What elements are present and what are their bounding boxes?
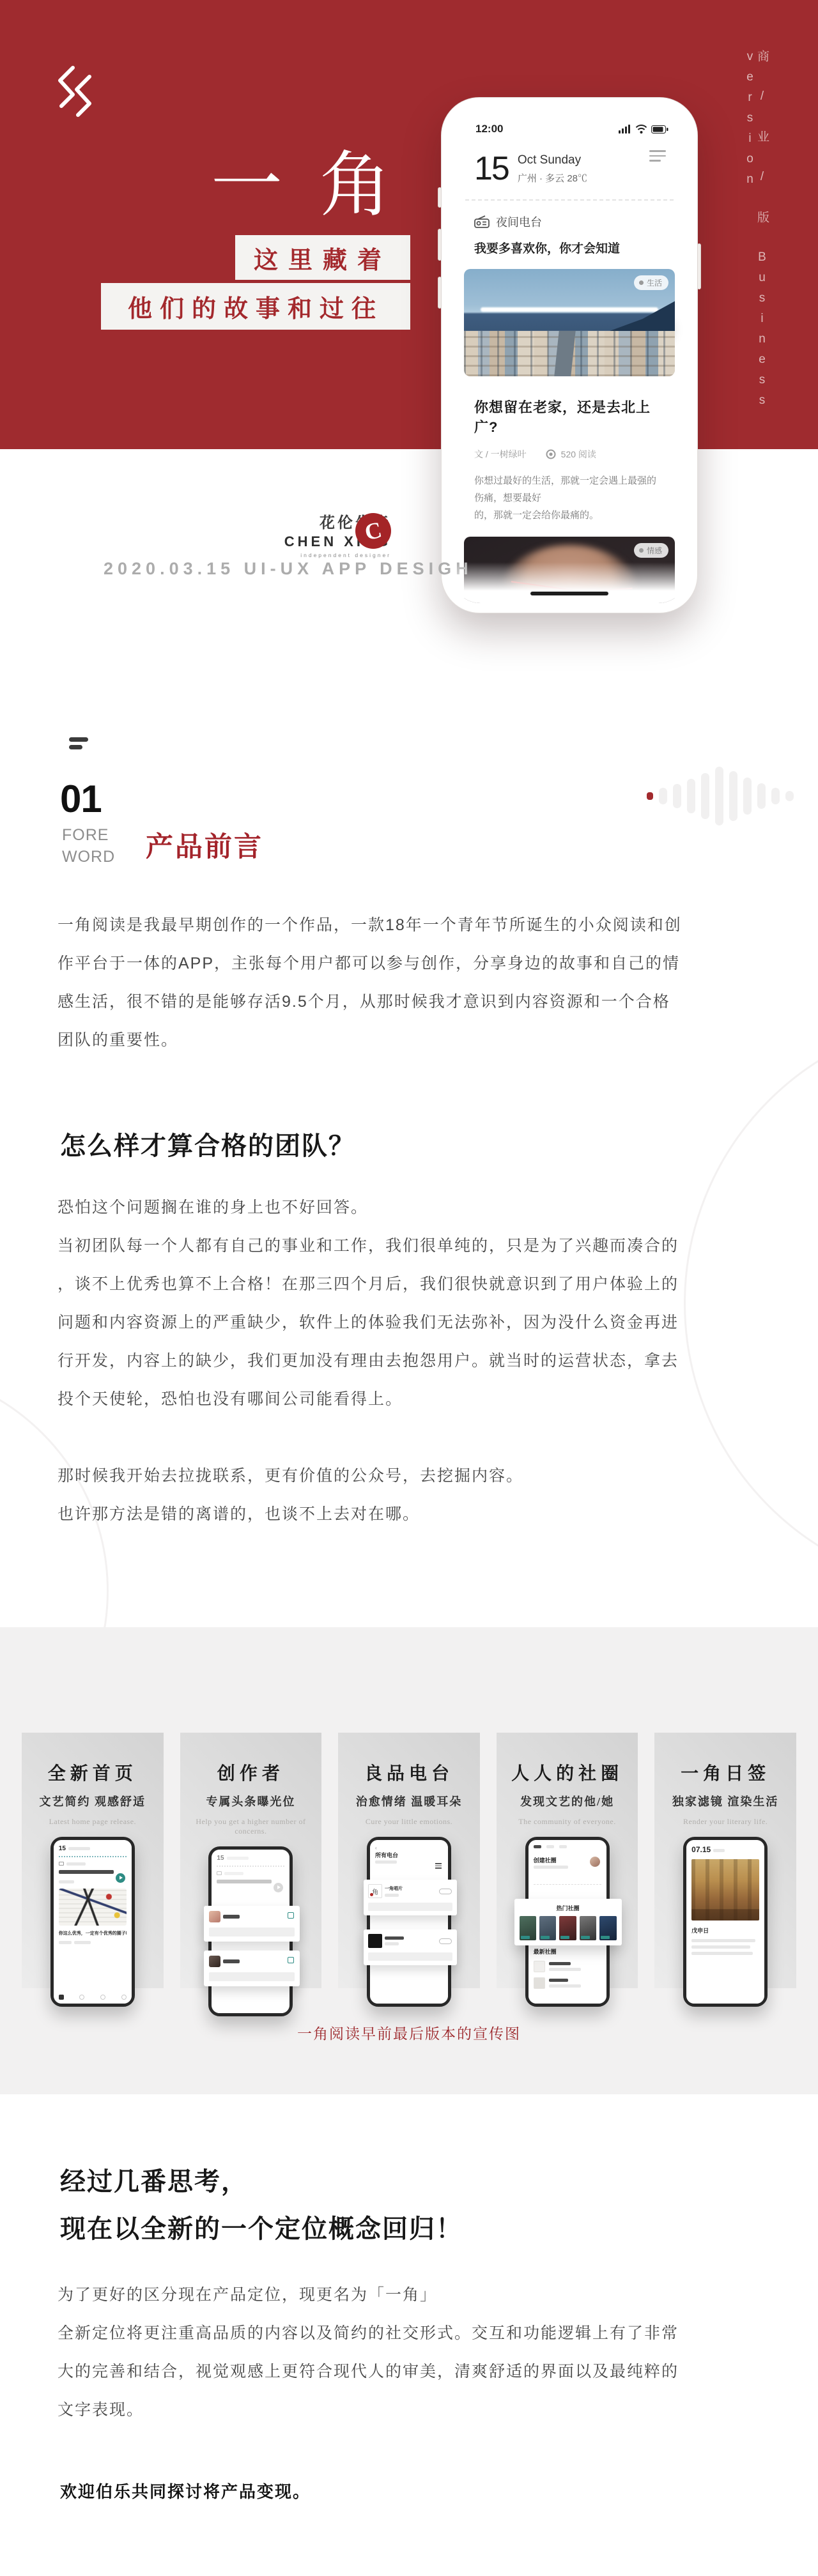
community-cover[interactable]: [599, 1916, 616, 1940]
panel-title: 良品电台: [338, 1759, 480, 1785]
daily-photo: [691, 1859, 759, 1920]
panel-caption-en: Latest home page release.: [22, 1817, 164, 1827]
community-cover[interactable]: [559, 1916, 576, 1940]
play-icon[interactable]: [116, 1873, 125, 1883]
avatar: [209, 1911, 220, 1922]
panel-caption-en: The community of everyone.: [497, 1817, 638, 1827]
team-paragraph-2: 那时候我开始去拉拢联系，更有价值的公众号，去挖掘内容。 也许那方法是错的离谱的，…: [58, 1457, 523, 1533]
hero-title: 一角: [211, 128, 428, 231]
battery-icon: [651, 125, 668, 134]
article1-author: 文 / 一树绿叶: [474, 448, 527, 461]
mockup-panel-daily: 一角日签 独家滤镜 渲染生活 Render your literary life…: [654, 1733, 796, 1988]
avatar: [209, 1956, 220, 1967]
gallery-caption: 一角阅读早前最后版本的宣传图: [0, 2022, 818, 2043]
project-date-line: 2020.03.15 UI-UX APP DESIGH: [104, 559, 473, 579]
repost-icon[interactable]: [288, 1957, 294, 1963]
radio-icon: [474, 215, 490, 228]
phone-side-button: [438, 229, 442, 261]
signal-icon: [619, 125, 631, 134]
date-weather-row: 15 Oct Sunday 广州 · 多云 28℃: [451, 135, 688, 185]
hero-subtitle-line1: 这里藏着: [235, 235, 410, 280]
finale-heading: 经过几番思考， 现在以全新的一个定位概念回归！: [60, 2158, 463, 2253]
panel-subtitle: 发现文艺的他/她: [497, 1793, 638, 1809]
menu-icon[interactable]: [435, 1862, 442, 1870]
finale-bold-line: 欢迎伯乐共同探讨将产品变现。: [60, 2479, 311, 2503]
album-thumb: [368, 1934, 382, 1948]
mini-nav-bar: [59, 1995, 127, 2000]
status-time: 12:00: [475, 123, 503, 135]
squiggle-icon: [54, 64, 100, 118]
follow-pill[interactable]: [439, 1889, 452, 1894]
mini-article-title: 你这么优秀，一定有个优秀的圈子吧?: [59, 1930, 127, 1936]
hot-communities-panel: 热门社圈: [514, 1899, 622, 1945]
section-word-label: FORE WORD: [62, 824, 115, 868]
repost-icon[interactable]: [288, 1912, 294, 1919]
panel-title: 人人的社圈: [497, 1759, 638, 1785]
panel-subtitle: 文艺简约 观感舒适: [22, 1793, 164, 1809]
mini-phone-daily: 07.15 戊申日: [683, 1837, 768, 2007]
mini-header: 所有电台: [375, 1851, 443, 1859]
mockup-panel-community: 人人的社圈 发现文艺的他/她 The community of everyone…: [497, 1733, 638, 1988]
phone-side-button: [438, 187, 442, 208]
mini-phone-radio: ‹ 所有电台 角 一角唱片: [367, 1837, 451, 2007]
views-icon: [546, 449, 556, 459]
section-number: 01: [60, 777, 102, 821]
red-dot: [647, 792, 653, 800]
wifi-icon: [635, 125, 647, 134]
brand-name-en: CHEN XING: [0, 533, 391, 550]
status-icons: [619, 125, 668, 134]
panel-title: 一角日签: [654, 1759, 796, 1785]
category-badge: 生活: [634, 275, 668, 290]
follow-pill[interactable]: [439, 1938, 452, 1944]
phone-side-button: [438, 277, 442, 309]
mini-subheader: 最新社圈: [534, 1947, 601, 1956]
community-cover[interactable]: [580, 1916, 596, 1940]
panel-caption-en: Render your literary life.: [654, 1817, 796, 1827]
radio-card: 角 一角唱片: [364, 1880, 457, 1915]
vertical-edition-label: 商 / 业 / 版 Business version: [744, 50, 768, 449]
mockup-panel-creator: 创作者 专属头条曝光位 Help you get a higher number…: [180, 1733, 322, 1988]
mockup-panel-home: 全新首页 文艺简约 观感舒适 Latest home page release.…: [22, 1733, 164, 1988]
radio-tag: 夜间电台: [496, 213, 542, 230]
radio-title: 我要多喜欢你，你才会知道: [451, 230, 688, 256]
panel-title: 创作者: [180, 1759, 322, 1785]
article1-title[interactable]: 你想留在老家，还是去北上广?: [451, 376, 688, 436]
panel-caption-en: Cure your little emotions.: [338, 1817, 480, 1827]
hero-phone-mockup: 12:00 15 Oct Sunday 广州 · 多云 28℃ 夜间电台: [441, 97, 698, 613]
daily-day-label: 戊申日: [691, 1926, 759, 1935]
weather-label: 广州 · 多云 28℃: [518, 171, 587, 185]
phone-screen: 12:00 15 Oct Sunday 广州 · 多云 28℃ 夜间电台: [451, 107, 688, 603]
hero-subtitle-line2: 他们的故事和过往: [101, 283, 410, 330]
mini-phone-home: 15 你这么优秀，一定有个优秀的圈子吧?: [50, 1837, 135, 2007]
panel-caption-en: Help you get a higher number of concerns…: [180, 1817, 322, 1836]
creator-card: [204, 1951, 300, 1986]
gallery-section: 全新首页 文艺简约 观感舒适 Latest home page release.…: [0, 1627, 818, 2094]
radio-name: 一角唱片: [385, 1885, 403, 1892]
date-day: 15: [474, 152, 509, 185]
date-label: Oct Sunday: [518, 153, 587, 167]
finale-paragraph: 为了更好的区分现在产品定位，现更名为「一角」 全新定位将更注重高品质的内容以及简…: [58, 2276, 679, 2429]
article1-cover-image[interactable]: 生活: [464, 269, 675, 376]
graffiti-image: [59, 1889, 127, 1926]
foreword-paragraph: 一角阅读是我最早期创作的一个作品，一款18年一个青年节所诞生的小众阅读和创 作平…: [58, 906, 682, 1059]
article1-meta: 文 / 一树绿叶 520 阅读: [451, 436, 688, 461]
poster-page: 商 / 业 / 版 Business version 一角 这里藏着 他们的故事…: [0, 0, 818, 2576]
phone-side-button: [697, 243, 701, 289]
brand-subtitle: independent designer: [0, 552, 391, 558]
circle-decoration: [684, 1016, 818, 1591]
radio-icon: [59, 1862, 64, 1866]
mini-phone-community: 创建社圈 最新社圈 热门社圈: [525, 1837, 610, 2007]
panel-subtitle: 独家滤镜 渲染生活: [654, 1793, 796, 1809]
status-bar: 12:00: [451, 107, 688, 135]
community-cover[interactable]: [539, 1916, 556, 1940]
radio-card: [364, 1929, 457, 1965]
mini-subheader: 热门社圈: [520, 1904, 617, 1912]
foreword-title: 产品前言: [146, 825, 263, 864]
team-paragraph-1: 恐怕这个问题搁在谁的身上也不好回答。 当初团队每一个人都有自己的事业和工作，我们…: [58, 1188, 679, 1418]
creator-card: [204, 1906, 300, 1942]
panel-subtitle: 治愈情绪 温暖耳朵: [338, 1793, 480, 1809]
designer-logo-text: 花伦先森 CHEN XING independent designer: [0, 510, 391, 558]
night-radio-row: 夜间电台: [451, 201, 688, 230]
menu-icon[interactable]: [649, 147, 666, 165]
home-indicator[interactable]: [530, 592, 608, 595]
brand-name-cn: 花伦先森: [0, 510, 391, 532]
panel-title: 全新首页: [22, 1759, 164, 1785]
panel-subtitle: 专属头条曝光位: [180, 1793, 322, 1809]
article1-excerpt: 你想过最好的生活，那就一定会遇上最强的伤痛，想要最好 的，那就一定会给你最痛的。: [451, 461, 688, 524]
team-heading: 怎么样才算合格的团队？: [60, 1126, 355, 1162]
category-badge: 情感: [634, 543, 668, 558]
section-marker-icon: [69, 737, 88, 753]
avatar: [590, 1857, 600, 1867]
community-cover[interactable]: [520, 1916, 536, 1940]
audio-wave-decoration: [647, 764, 794, 828]
article1-reads: 520 阅读: [561, 448, 596, 461]
album-thumb: 角: [368, 1884, 382, 1898]
mockup-panel-radio: 良品电台 治愈情绪 温暖耳朵 Cure your little emotions…: [338, 1733, 480, 1988]
mini-phone-creator: 15: [208, 1846, 293, 2016]
